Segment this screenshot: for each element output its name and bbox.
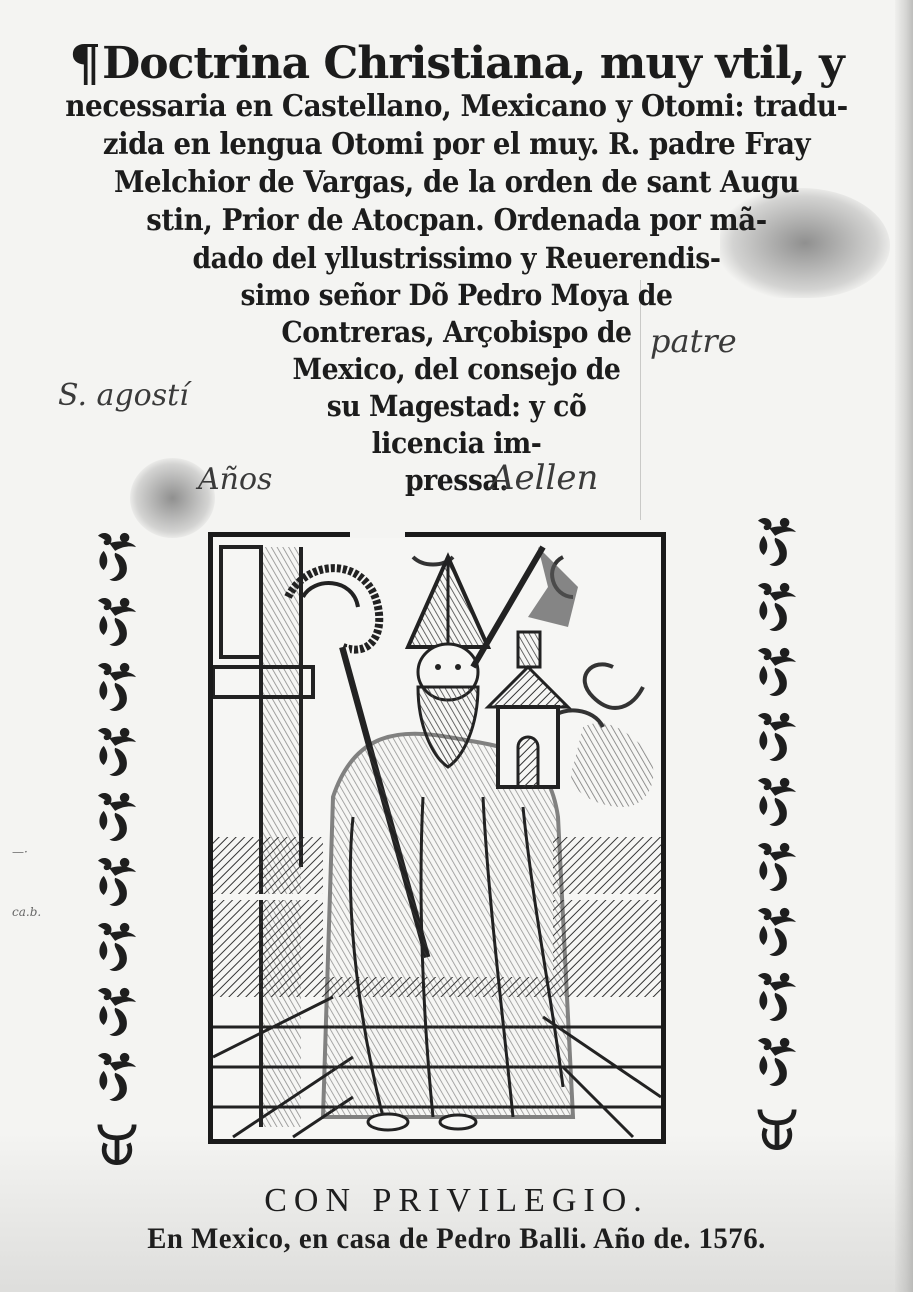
fleuron-icon (89, 985, 145, 1044)
title-line-3: zida en lengua Otomi por el muy. R. padr… (37, 130, 877, 160)
title-line-5: stin, Prior de Atocpan. Ordenada por mã- (37, 206, 877, 236)
fleuron-icon (749, 1035, 805, 1094)
title-page: ¶Doctrina Christiana, muy vtil, y necess… (0, 0, 913, 1292)
fleuron-border-right (742, 515, 812, 1165)
title-line-6: dado del yllustrissimo y Reuerendis- (37, 244, 877, 273)
handwritten-note-anos: Años (198, 462, 272, 497)
fleuron-icon (749, 710, 805, 769)
fleuron-icon (749, 580, 805, 639)
fleuron-icon (749, 905, 805, 964)
fleuron-icon (749, 840, 805, 899)
handwritten-note-patre: patre (650, 322, 737, 360)
fleuron-icon (89, 595, 145, 654)
fleuron-icon (749, 775, 805, 834)
title-line-7: simo señor Dõ Pedro Moya de (37, 281, 877, 310)
fleuron-icon (89, 920, 145, 979)
woodcut-illustration (208, 532, 666, 1144)
privilege-line: CON PRIVILEGIO. (0, 1182, 913, 1220)
bishop-saint-woodcut-icon (213, 537, 661, 1139)
fleuron-icon (89, 790, 145, 849)
title-line-1: ¶Doctrina Christiana, muy vtil, y (0, 38, 913, 88)
fleuron-icon (749, 515, 805, 574)
fleuron-icon (749, 970, 805, 1029)
fleuron-icon (89, 725, 145, 784)
handwritten-note-saint: S. agostí (58, 378, 189, 413)
margin-note: —· (12, 845, 28, 859)
fleuron-icon (89, 660, 145, 719)
fleuron-icon (89, 855, 145, 914)
handwritten-signature: Aellen (490, 458, 598, 498)
fleuron-end-icon (89, 1115, 145, 1174)
title-line-4: Melchior de Vargas, de la orden de sant … (37, 168, 877, 198)
publisher-line: En Mexico, en casa de Pedro Balli. Año d… (18, 1222, 894, 1256)
fleuron-border-left (82, 530, 152, 1180)
border-gap (350, 528, 405, 538)
title-line-8: Contreras, Arçobispo de (37, 318, 877, 347)
margin-note: ca.b. (12, 905, 41, 919)
title-line-11: licencia im- (37, 429, 877, 458)
title-text: ¶Doctrina Christiana, muy vtil, y necess… (0, 38, 913, 503)
pilcrow-icon: ¶ (69, 38, 100, 88)
fleuron-icon (749, 645, 805, 704)
title-line-2: necessaria en Castellano, Mexicano y Oto… (32, 92, 881, 122)
title-line-12: pressa. (37, 466, 877, 495)
fleuron-icon (89, 530, 145, 589)
fleuron-end-icon (749, 1100, 805, 1159)
fleuron-icon (89, 1050, 145, 1109)
